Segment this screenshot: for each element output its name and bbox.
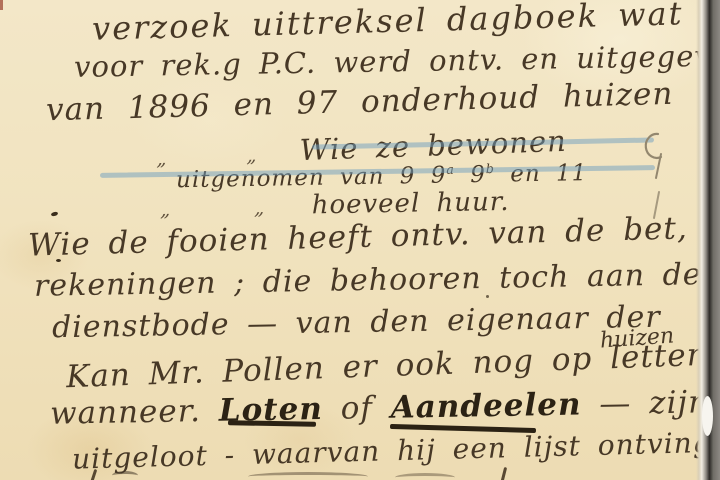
line-text: en 11 <box>495 160 588 188</box>
handwritten-line-9: dienstbode — van den eigenaar der <box>52 300 661 346</box>
ink-speck <box>56 259 61 262</box>
paper-edge-chip <box>702 396 713 436</box>
word-aandeelen: Aandeelen <box>390 386 581 425</box>
line-text: — zijn <box>581 384 709 422</box>
handwritten-line-12: uitgeloot - waarvan hij een lijst ontvin… <box>72 425 720 475</box>
manuscript-page: verzoek uittreksel dagboek wat voor rek.… <box>0 0 720 480</box>
scanner-edge-strip <box>696 0 720 480</box>
pencil-question-curl-mark <box>632 130 678 222</box>
handwritten-line-3: van 1896 en 97 onderhoud huizen <box>46 76 674 128</box>
cutoff-stroke-bottom <box>395 473 455 480</box>
handwritten-line-8: rekeningen ; die behooren toch aan de <box>34 257 702 304</box>
ink-speck <box>51 211 59 217</box>
ditto-mark: „ <box>253 197 268 219</box>
handwritten-line-7: Wie de fooien heeft ontv. van de bet, <box>28 210 689 263</box>
paper-corner-fiber <box>0 0 3 10</box>
ink-speck <box>486 295 489 298</box>
cutoff-stroke-bottom <box>112 471 138 480</box>
cutoff-stroke-bottom <box>248 472 368 480</box>
ditto-mark: „ <box>159 199 174 221</box>
cutoff-stroke-bottom <box>500 467 507 480</box>
line-text: of <box>323 390 391 427</box>
line-text: 9 <box>455 162 486 189</box>
ditto-mark: „ <box>245 145 259 168</box>
ditto-mark: „ <box>155 148 169 171</box>
line-text: wanneer. <box>50 393 219 432</box>
